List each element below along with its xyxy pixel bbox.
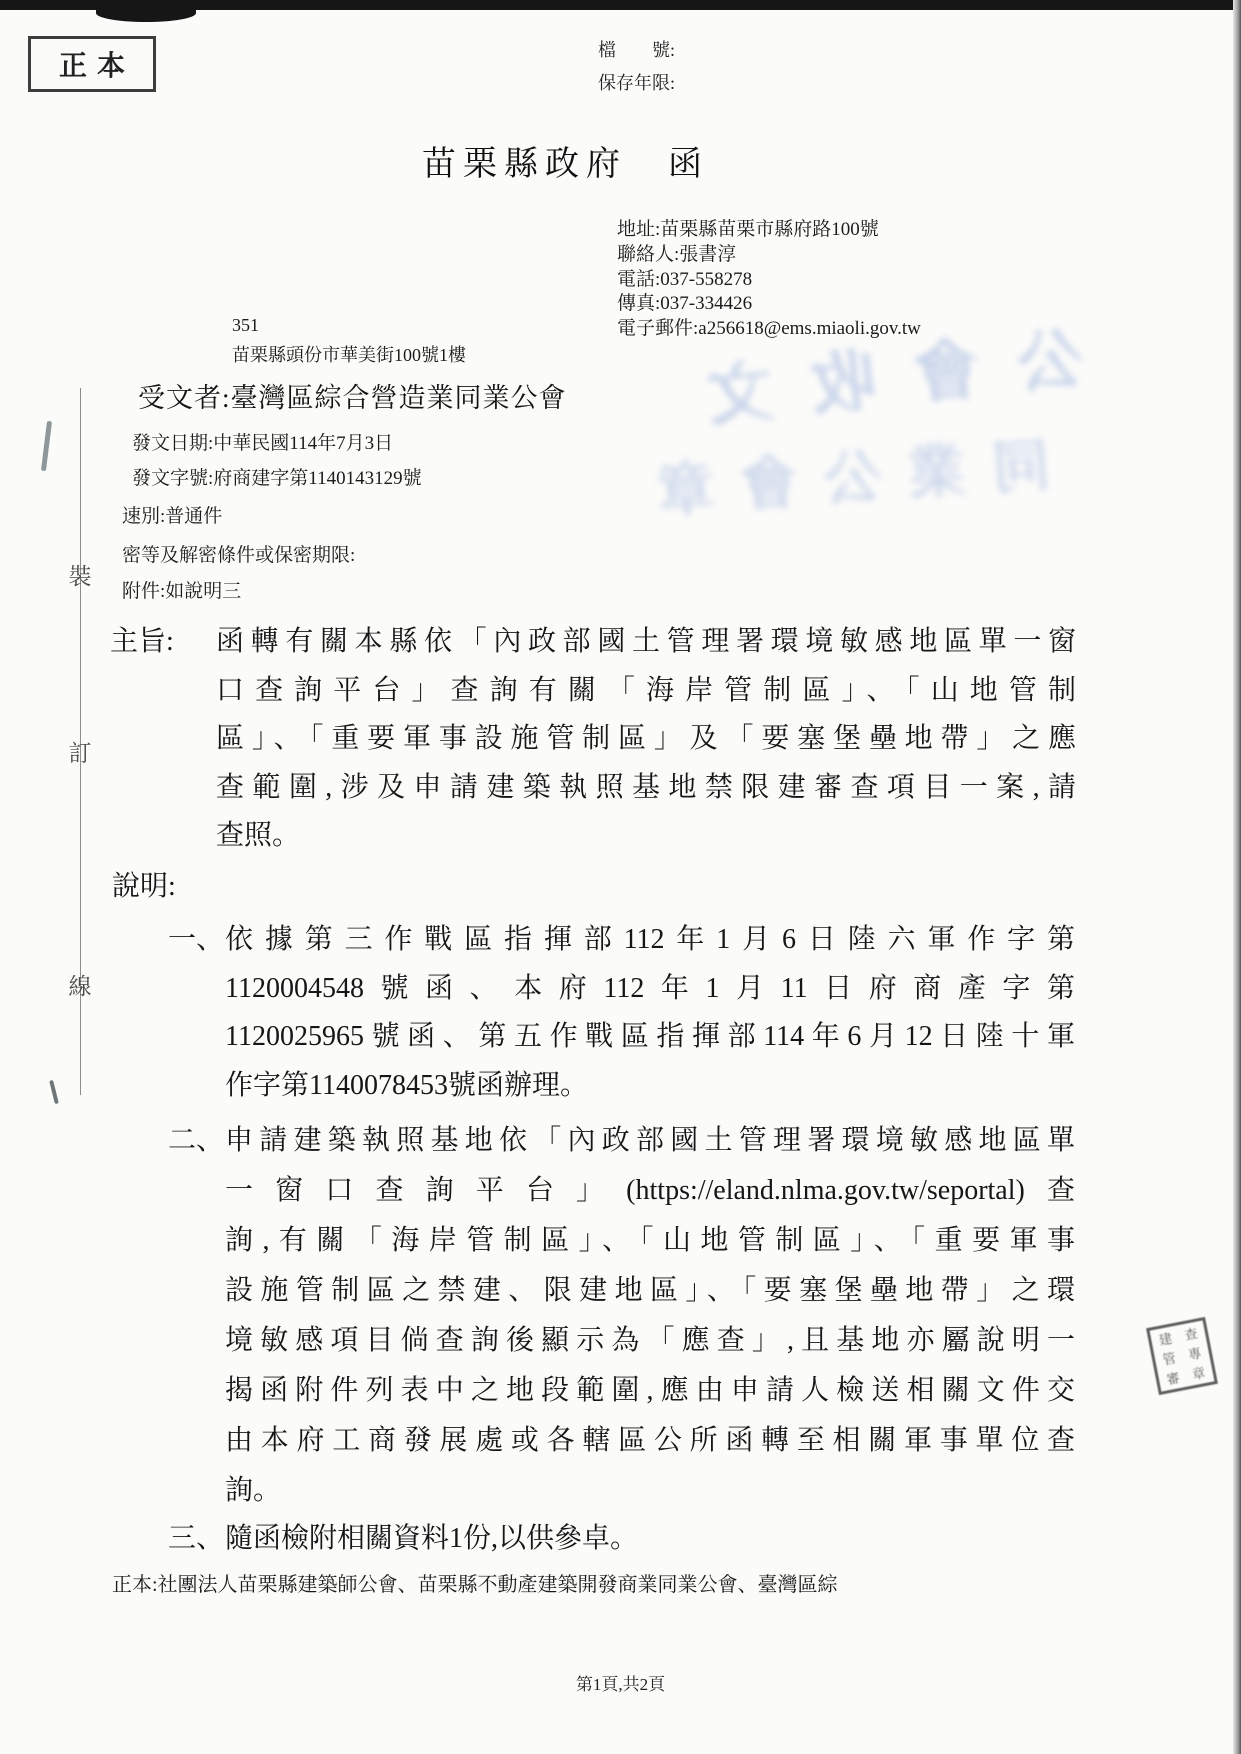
subject-label: 主旨: bbox=[110, 618, 216, 861]
seal-glyph: 查 bbox=[1183, 1326, 1198, 1341]
subject-line: 查照。 bbox=[216, 812, 1076, 861]
seal-glyph: 章 bbox=[1191, 1366, 1206, 1381]
recipient-street-address: 苗栗縣頭份市華美街100號1樓 bbox=[232, 340, 466, 370]
seal-glyph: 專 bbox=[1187, 1346, 1202, 1361]
description-item-1: 一、 依據第三作戰區指揮部112年1月6日陸六軍作字第 1120004548號函… bbox=[168, 916, 1075, 1110]
issue-date: 發文日期:中華民國114年7月3日 bbox=[132, 428, 393, 455]
binding-char-ding: 訂 bbox=[67, 735, 93, 768]
item-line: 由本府工商發展處或各轄區公所函轉至相關軍事單位查 bbox=[225, 1416, 1075, 1466]
item-line: 一窗口查詢平台」(https://eland.nlma.gov.tw/sepor… bbox=[225, 1166, 1075, 1216]
recipient-zip: 351 bbox=[232, 310, 466, 340]
file-number-label: 檔 號: bbox=[598, 34, 675, 67]
item-line: 1120025965號函、第五作戰區指揮部114年6月12日陸十軍 bbox=[225, 1013, 1075, 1062]
item-line: 揭函附件列表中之地段範圍,應由申請人檢送相關文件交 bbox=[225, 1366, 1075, 1416]
staple-mark-bottom bbox=[49, 1080, 59, 1104]
item-line: 作字第1140078453號函辦理。 bbox=[225, 1062, 1075, 1111]
page-number: 第1頁,共2頁 bbox=[0, 1670, 1241, 1695]
description-item-3: 三、 隨函檢附相關資料1份,以供參卓。 bbox=[168, 1515, 1075, 1564]
seal-glyph: 審 bbox=[1165, 1370, 1180, 1385]
item-line: 設施管制區之禁建、限建地區」、「要塞堡壘地帶」之環 bbox=[225, 1266, 1075, 1316]
file-number-block: 檔 號: 保存年限: bbox=[598, 34, 675, 100]
sender-phone: 電話:037-558278 bbox=[617, 268, 921, 293]
item-line: 詢,有關「海岸管制區」、「山地管制區」、「重要軍事 bbox=[225, 1216, 1075, 1266]
item-line: 境敏感項目倘查詢後顯示為「應查」,且基地亦屬說明一 bbox=[225, 1316, 1075, 1366]
item-line: 申請建築執照基地依「內政部國土管理署環境敏感地區單 bbox=[225, 1116, 1075, 1166]
retention-period-label: 保存年限: bbox=[598, 67, 675, 100]
square-seal-stamp: 建 查 管 專 審 章 bbox=[1146, 1317, 1218, 1395]
seal-glyph: 建 bbox=[1158, 1331, 1173, 1346]
item-number: 一、 bbox=[168, 916, 225, 1110]
delivery-speed: 速別:普通件 bbox=[122, 501, 222, 528]
binding-char-xian: 線 bbox=[67, 968, 93, 1001]
item-number: 三、 bbox=[168, 1515, 225, 1564]
recipient-line: 受文者:臺灣區綜合營造業同業公會 bbox=[138, 376, 567, 415]
copy-type-label: 正本 bbox=[59, 44, 135, 84]
sender-contact-person: 聯絡人:張書淳 bbox=[617, 243, 921, 268]
subject-line: 口查詢平台」查詢有關「海岸管制區」、「山地管制 bbox=[216, 667, 1076, 716]
recipient-address-block: 351 苗栗縣頭份市華美街100號1樓 bbox=[232, 310, 466, 370]
item-number: 二、 bbox=[168, 1116, 225, 1516]
document-title: 苗栗縣政府 函 bbox=[422, 136, 709, 185]
item-line: 依據第三作戰區指揮部112年1月6日陸六軍作字第 bbox=[225, 916, 1075, 965]
original-copy-recipients: 正本:社團法人苗栗縣建築師公會、苗栗縣不動產建築開發商業同業公會、臺灣區綜 bbox=[112, 1568, 838, 1597]
sender-contact-block: 地址:苗栗縣苗栗市縣府路100號 聯絡人:張書淳 電話:037-558278 傳… bbox=[617, 218, 921, 342]
document-scan: 公會收文 同業公會章 正本 檔 號: 保存年限: 苗栗縣政府 函 地址:苗栗縣苗… bbox=[0, 0, 1241, 1754]
security-classification: 密等及解密條件或保密期限: bbox=[122, 540, 355, 567]
description-item-2: 二、 申請建築執照基地依「內政部國土管理署環境敏感地區單 一窗口查詢平台」(ht… bbox=[168, 1116, 1075, 1516]
item-line: 1120004548號函、本府112年1月11日府商產字第 bbox=[225, 965, 1075, 1014]
sender-email: 電子郵件:a256618@ems.miaoli.gov.tw bbox=[617, 317, 921, 342]
binding-char-zhuang: 裝 bbox=[67, 558, 93, 591]
document-number: 發文字號:府商建字第1140143129號 bbox=[132, 463, 422, 490]
subject-line: 函轉有關本縣依「內政部國土管理署環境敏感地區單一窗 bbox=[216, 618, 1076, 667]
sender-fax: 傳真:037-334426 bbox=[617, 292, 921, 317]
item-line: 詢。 bbox=[225, 1466, 1075, 1516]
staple-mark-top bbox=[41, 421, 52, 471]
seal-glyph: 管 bbox=[1162, 1351, 1177, 1366]
copy-type-box: 正本 bbox=[28, 36, 156, 92]
description-label: 說明: bbox=[112, 864, 176, 904]
subject-line: 區」、「重要軍事設施管制區」及「要塞堡壘地帶」之應 bbox=[216, 715, 1076, 764]
subject-block: 主旨: 函轉有關本縣依「內政部國土管理署環境敏感地區單一窗 口查詢平台」查詢有關… bbox=[110, 618, 1076, 861]
scan-right-paper-edge bbox=[1233, 0, 1241, 1754]
scan-top-edge-dip bbox=[96, 4, 196, 22]
attachment-note: 附件:如說明三 bbox=[122, 576, 241, 603]
item-line: 隨函檢附相關資料1份,以供參卓。 bbox=[225, 1515, 1075, 1564]
subject-line: 查範圍,涉及申請建築執照基地禁限建審查項目一案,請 bbox=[216, 764, 1076, 813]
sender-address: 地址:苗栗縣苗栗市縣府路100號 bbox=[617, 218, 921, 243]
